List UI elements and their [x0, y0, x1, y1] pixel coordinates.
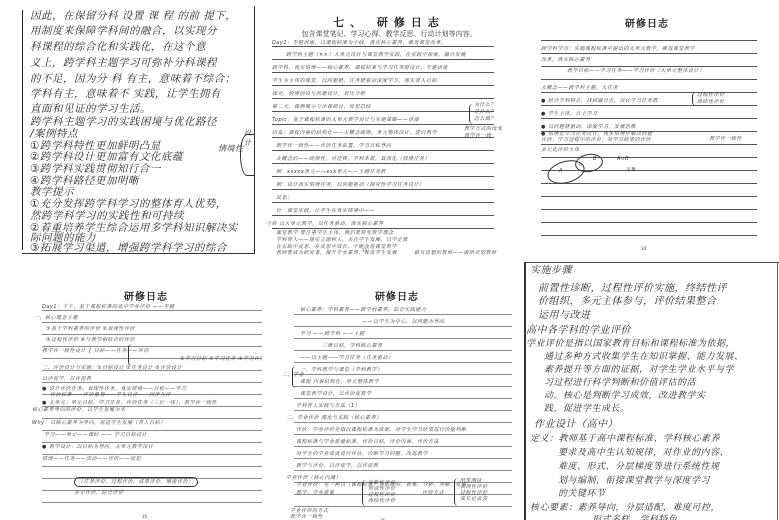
page-title: 七、 研修日志 [264, 14, 514, 30]
handwritten-heading: 实施步骤 [530, 264, 572, 277]
journal-entry: 教师要成为研究者，提升专业素养，促进学生发展 [276, 250, 397, 256]
brace-right [454, 478, 458, 506]
page-frame-right [777, 262, 778, 520]
handwritten-line: 价组织，多元主体参与，评价结果整合 [538, 295, 717, 308]
journal-entry: 学科育人实践与方法（1） [296, 403, 360, 409]
handwritten-line: 践，促进学生成长。 [544, 403, 630, 416]
journal-entry: 学生为主体的课堂，以问题链、任务链驱动深度学习，落实育人目标 [272, 78, 437, 84]
venn-label-overlap: ∩ [579, 162, 583, 168]
handwritten-line: 动。核心是判断学习成效，改进教学实 [544, 390, 706, 403]
handwritten-line: 划与编制，衔接课堂教学与深度学习 [558, 475, 710, 488]
page-frame-left [524, 262, 526, 520]
brace [469, 104, 473, 124]
handwritten-line: ③拓展学习渠道，增强跨学科学习的综合 [30, 242, 227, 254]
ruled-line [541, 144, 757, 145]
venn-note: A∪B [617, 156, 629, 162]
ruled-line [294, 434, 512, 435]
handwritten-heading: 作业设计（高中） [534, 418, 618, 431]
journal-entry: 一、核心理念主题 [34, 315, 78, 321]
ruled-line [294, 446, 512, 447]
journal-page-implementation-steps: 实施步骤 前置性诊断，过程性评价实施，终结性评 价组织，多元主体参与，评价结果整… [522, 260, 779, 520]
page-number: 33 [362, 248, 367, 253]
handwritten-line: 学业评价是指以国家教育目标和课程标准为依据， [526, 338, 735, 351]
brace-item: 成长记录袋 [460, 496, 488, 502]
ruled-line [294, 350, 512, 351]
journal-entry: 教学目标——学习任务——学习评价（大单元整体设计） [567, 68, 705, 74]
journal-entry: 教学：学业质量 [296, 490, 335, 496]
ruled-line [294, 422, 512, 423]
journal-entry: 课程 内容结构化，单元整体教学 [300, 379, 379, 385]
journal-entry: 情境——任务——活动——评价——反思 [42, 456, 141, 462]
handwritten-line: 难度、形式、分层梯度等进行系统性规 [558, 461, 720, 474]
margin-note: 二、学业 [282, 372, 304, 378]
journal-entry: 课堂教学设计，以评价促教学 [300, 391, 372, 397]
journal-entry: Day1：下午，基于课程标准的高中学业评价 ——专题 [42, 304, 175, 310]
journal-entry: 教学评一致性——评价任务前置，学习目标导向 [276, 143, 392, 149]
handwritten-line: 义上，跨学科主题学习可弥补分科课程 [30, 57, 217, 70]
ruled-line [272, 137, 494, 138]
ruled-line [294, 470, 512, 471]
side-note: 是什么？ [474, 109, 496, 115]
ruled-line [541, 196, 757, 197]
ruled-line [272, 59, 494, 60]
journal-entry: ①基于学科素养的评价 ②表现性评价 [46, 326, 135, 332]
journal-entry: 以评促学，以评促教 [42, 376, 92, 382]
journal-entry: 例：xxxxx单元——xxx单元——主题任务群 [276, 169, 386, 175]
circled-entry: （任务评价、过程评价、成果评价、增值评价） [74, 477, 198, 487]
handwritten-line: 素养提升等方面的证据，对学生学业水平与学 [544, 364, 734, 377]
journal-entry: 教学评一致性 [290, 514, 323, 520]
journal-entry: 第二天，课例展示与评课研讨，反思总结 [272, 104, 371, 110]
ruled-line [272, 189, 494, 190]
ruled-line [541, 209, 757, 210]
ruled-line [541, 53, 757, 54]
journal-entry-signoff: 做有思想的教师——做研究型教师 [414, 250, 497, 256]
ruled-line [294, 362, 512, 363]
handwritten-line: 通过多种方式收集学生在知识掌握、能力发展、 [544, 351, 744, 364]
journal-entry: ①学习目标 ②学习任务 ③学习评价 [180, 356, 262, 362]
ruled-line [272, 98, 494, 99]
handwritten-line: 用制度来保障学科间的融合，以实现分 [30, 25, 217, 38]
handwritten-line: 要求及高中生认知规律，对作业的内容、 [558, 447, 729, 460]
journal-page-interdisciplinary: 研修日志 跨学科学习：实施课程标准中提出的大单元教学，推进课堂教学 改革，落实核… [537, 6, 757, 256]
journal-entry: Why：以核心素养为导向，促进学生发展（育人目标） [32, 420, 166, 426]
brace [128, 344, 132, 366]
ruled-line [294, 386, 512, 387]
page-title: 研修日志 [282, 288, 512, 303]
journal-entry: 多元化评价主体 [541, 147, 580, 153]
journal-entry: 核心素养：学科素养——跨学科素养，综合实践能力 [300, 307, 427, 313]
journal-entry: 今后 以大单元教学，以任务驱动，落实核心素养 [266, 221, 384, 227]
journal-entry: ③过程性评价 ④与教学相结合的评价 [46, 337, 135, 343]
journal-entry: 三维目标，学科核心素养 [322, 343, 383, 349]
journal-entry: 课程标准与学业质量标准，评价目标，评价内容，评价方法 [296, 439, 439, 445]
handwritten-line: 因此，在保留分科 设置 课 程 的前 提下， [30, 10, 236, 23]
page-title: 研修日志 [537, 15, 757, 30]
ruled-line [541, 222, 757, 223]
ruled-line [272, 124, 494, 125]
handwritten-line: 习过程进行科学判断和价值评估的活 [544, 377, 696, 390]
journal-entry: ● 教学设计：以目标为导向，大单元教学设计 [42, 444, 153, 450]
ruled-line [541, 183, 757, 184]
journal-entry: 一、学科教学与课堂（学科教学） [300, 367, 383, 373]
ruled-line [541, 79, 757, 80]
brace [692, 92, 696, 106]
venn-label-b: B [593, 156, 597, 162]
ruled-line [541, 157, 757, 158]
ruled-line [42, 346, 262, 347]
ruled-line [294, 398, 512, 399]
side-note: 为什么？ [474, 102, 496, 108]
journal-entry: ● 结合学科特点，找到融合点，设计学习任务群 [541, 98, 658, 104]
handwritten-heading: 高中各学科的学业评价 [526, 324, 631, 337]
ruled-line [294, 374, 512, 375]
journal-entry: 行：课堂实践，让学生在真实情境中—— [276, 208, 375, 214]
journal-entry: Day1：专题讲座，以课程标准为主线，落实核心素养，推进课堂改革。 [272, 40, 447, 46]
ruled-line [294, 458, 512, 459]
journal-entry: 对学生的学业成就进行评估，诊断学习问题，改进教学 [296, 451, 428, 457]
ruled-line [42, 502, 262, 503]
journal-entry: 跨学科学习：实施课程标准中提出的大单元教学，推进课堂教学 [541, 46, 695, 52]
journal-entry: 核心素养导向的评价，以学生发展为本 [32, 407, 126, 413]
journal-entry: Topic：基于课程标准的大单元教学设计与实施策略——讲座 [272, 117, 419, 123]
ruled-line [541, 105, 757, 106]
journal-entry: 教学与评价，以评促学，以评促教 [296, 463, 379, 469]
ruled-line [42, 322, 262, 323]
journal-entry: 评价标准——评价量规——学生自评——同伴互评 [50, 392, 171, 398]
journal-entry: 二、评价设计与实施：①目标设计 ②任务设计 ③评价设计 [42, 365, 182, 371]
ruled-line [294, 338, 512, 339]
ruled-line [42, 310, 262, 311]
venn-note: 交集 [625, 167, 636, 173]
ruled-line [42, 442, 262, 443]
ruled-line [272, 85, 494, 86]
ruled-line [42, 382, 262, 383]
journal-page-evaluation: 研修日志 Day1：下午，基于课程标准的高中学业评价 ——专题 一、核心理念主题… [30, 270, 262, 520]
handwritten-line: 的不足，因为分 科 有主，意味着不综合； [30, 73, 236, 86]
brace-item: 终结性评价 [368, 498, 396, 504]
journal-entry: 例：设计真实情境任务，以问题驱动（探究性学习任务设计） [276, 182, 425, 188]
journal-entry: ● 以问题链驱动，深度学习，发展思维 [541, 124, 636, 130]
journal-entry: 学习 ——跨学科 ——主题 [300, 331, 365, 337]
page-frame-left [22, 10, 23, 250]
journal-page-essay: 因此，在保留分科 设置 课 程 的前 提下， 用制度来保障学科间的融合，以实现分… [22, 6, 255, 254]
ruled-line [272, 72, 494, 73]
journal-entry: 探究，情境创设与问题设计，对比分析 [272, 91, 366, 97]
side-note: 教学方式的改变 [464, 126, 503, 132]
handwritten-line: 定义：教师基于高中课程标准、学科核心素养 [530, 433, 720, 446]
ruled-line [541, 235, 757, 236]
ruled-line [42, 334, 262, 335]
brace-left [362, 480, 366, 506]
page-number: 35 [142, 514, 147, 519]
journal-entry: 反思： [276, 195, 293, 201]
ruled-line [294, 506, 512, 507]
side-note: 怎么做？ [474, 116, 496, 122]
journal-entry: 大概念的——统领性，可迁移，学科本质，具体化（情境任务） [276, 156, 430, 162]
ruled-line [541, 118, 757, 119]
journal-entry: 二、学业评价 理论与实践（核心素养） [286, 415, 382, 421]
margin-note-top: 设计 [244, 128, 255, 148]
journal-entry: 评价：学业评价是指以课程标准为依据，对学生学习结果进行价值判断 [296, 427, 467, 433]
journal-entry: 课堂教学 要注重学生主体，我们要转变教学理念 [276, 230, 394, 236]
ruled-line [294, 410, 512, 411]
page-frame-top [524, 262, 779, 263]
journal-entry: 学业评价（核心内涵） [286, 475, 341, 481]
ruled-line [541, 40, 757, 41]
ruled-line [272, 228, 494, 229]
page-title: 研修日志 [30, 288, 262, 303]
ruled-line [272, 163, 494, 164]
ruled-line [272, 202, 494, 203]
journal-entry: ——以学生为中心，以问题为导向 [362, 319, 445, 325]
journal-page-academic-assessment: 研修日志 核心素养：学科素养——跨学科素养，综合实践能力 ——以学生为中心，以问… [282, 270, 512, 520]
handwritten-line: 前置性诊断，过程性评价实施，终结性评 [538, 282, 727, 295]
ruled-line [42, 454, 262, 455]
journal-entry: ● 学生主体，自主学习 [541, 111, 597, 117]
journal-entry: 跨学科主题（××）大单元设计与课堂教学实践，在实践中探索，融合发展 [286, 52, 466, 58]
journal-entry: 跨学科，真实情境——核心素养，课程标准与学习任务群设计，专题讲座 [272, 65, 448, 71]
side-note: 教学评一致 [464, 133, 492, 139]
ruled-line [294, 314, 512, 315]
ruled-line [42, 430, 262, 431]
journal-entry: 改革，落实核心素养 [541, 57, 591, 63]
handwritten-line: 学科有主，意味着不 实践，让学生拥有 [30, 88, 221, 101]
brace-note: 终结性评价 [697, 99, 725, 105]
journal-entry: 学习——单元——课时 —— 学习目标设计 [44, 432, 147, 438]
ruled-line [42, 466, 262, 467]
ruled-line [272, 111, 494, 112]
ruled-line [541, 66, 757, 67]
ruled-line [294, 326, 512, 327]
page-subtitle: 包含课堂笔记、学习心得、教学反思、行动计划等内容。 [264, 29, 514, 39]
handwritten-line: 科课程的综合化和实践化，在这个意 [30, 41, 206, 54]
ruled-line [272, 215, 494, 216]
journal-entry: 学科育人——落实立德树人，关注学生发展，以学定教 [276, 237, 408, 243]
ruled-line [272, 150, 494, 151]
handwritten-line: 形式多样，学科特色。 [592, 514, 687, 520]
handwritten-line: 运用与改进 [538, 309, 591, 322]
journal-entry: 大概念——跨学科主题，大任务 [541, 85, 618, 91]
journal-entry: 多元评价，综合评价 [74, 490, 124, 496]
ruled-line [272, 176, 494, 177]
page-number: 34 [641, 246, 646, 251]
journal-entry: ● 大单元：单元目标，学习任务，评价任务（三位一体），教学评一致性 [42, 400, 217, 406]
journal-entry: ——以主题——学习任务（任务驱动） [300, 355, 394, 361]
side-note: 教学评一致性 [709, 136, 742, 142]
brace-note: 过程性评价 [697, 92, 725, 98]
journal-entry: 教学评一致性设计 { 目标——任务——评价 [42, 348, 149, 354]
venn-label-a: A [559, 168, 563, 174]
handwritten-line: 的关键环节 [558, 488, 606, 501]
journal-page-day1: 七、 研修日志 包含课堂笔记、学习心得、教学反思、行动计划等内容。 Day1：专… [264, 6, 514, 256]
brace-label: 评价方式 [422, 490, 444, 496]
handwritten-line: 直面和见证的学习生活。 [30, 103, 151, 116]
ruled-line [272, 46, 494, 47]
ruled-line [42, 418, 262, 419]
journal-entry: 启发：课程内容的结构化——大概念统领，单元整体设计，逆向教学 [272, 130, 437, 136]
journal-entry: 评价：学习过程中的评价，对学习结果的评价 [541, 137, 651, 143]
